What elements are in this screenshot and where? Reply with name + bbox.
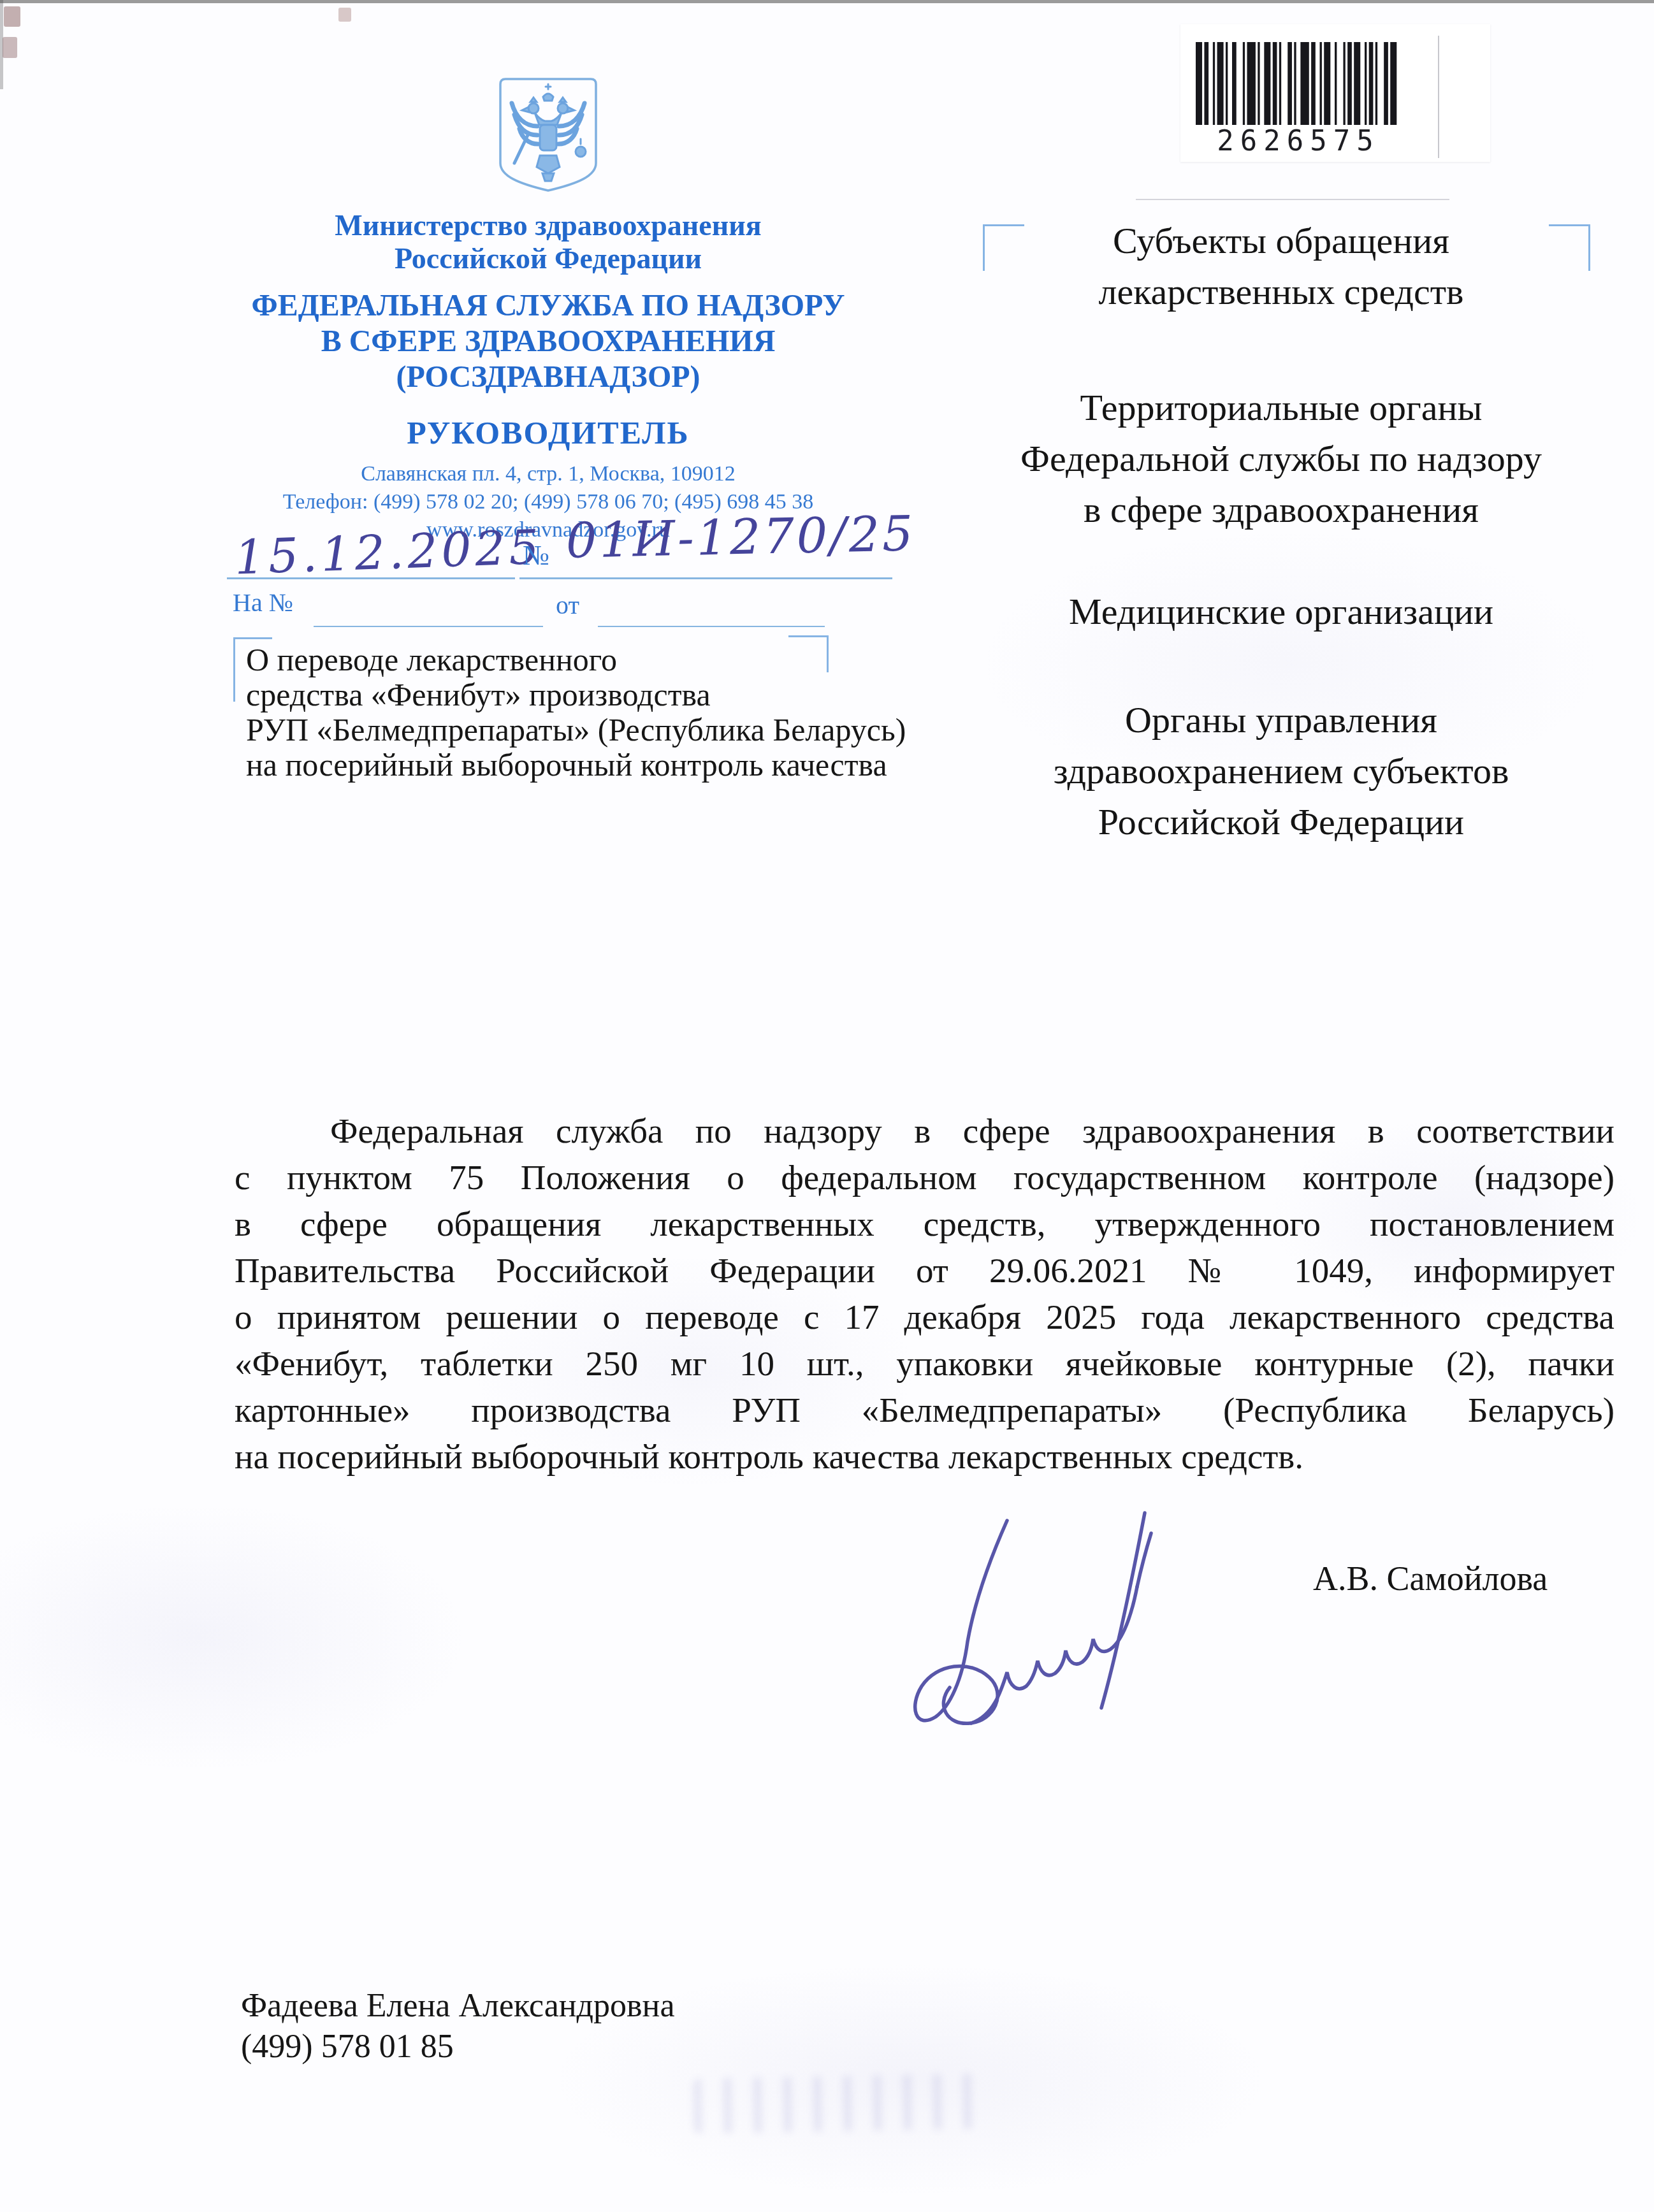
body-line: Федеральная служба по надзору в сфере зд…	[235, 1108, 1614, 1154]
recipient-line: Медицинские организации	[975, 586, 1587, 637]
subject-line: О переводе лекарственного	[246, 642, 906, 677]
signer-position: РУКОВОДИТЕЛЬ	[210, 414, 886, 451]
number-ruled-line	[519, 577, 892, 579]
scan-smudge	[4, 6, 20, 27]
recipient-group: Органы управления здравоохранением субъе…	[975, 695, 1587, 848]
reference-number-label: На №	[233, 588, 293, 618]
recipient-group: Медицинские организации	[975, 586, 1587, 637]
bleed-through-ghost-digits	[693, 2074, 978, 2134]
subject-block: О переводе лекарственного средства «Фени…	[246, 642, 906, 783]
body-line: на посерийный выборочный контроль качест…	[235, 1433, 1614, 1480]
body-line: с пунктом 75 Положения о федеральном гос…	[235, 1154, 1614, 1201]
reference-number-blank	[314, 626, 543, 627]
handwritten-outgoing-number: 01И-1270/25	[565, 505, 916, 568]
recipient-line: Федеральной службы по надзору	[975, 433, 1587, 484]
recipient-line: Территориальные органы	[975, 382, 1587, 433]
reference-date-blank	[598, 626, 825, 627]
body-line: Правительства Российской Федерации от 29…	[235, 1247, 1614, 1294]
label-bottom-edge	[1136, 199, 1449, 200]
executor-phone: (499) 578 01 85	[241, 2027, 675, 2067]
date-ruled-line	[227, 577, 515, 579]
barcode-number: 2626575	[1196, 125, 1401, 157]
subject-line: РУП «Белмедпрепараты» (Республика Белару…	[246, 712, 906, 748]
subject-line: на посерийный выборочный контроль качест…	[246, 748, 906, 783]
recipient-line: Российской Федерации	[975, 797, 1587, 848]
ministry-name-line1: Министерство здравоохранения	[210, 209, 886, 242]
document-page: Министерство здравоохранения Российской …	[0, 0, 1654, 2212]
letter-body: Федеральная служба по надзору в сфере зд…	[235, 1108, 1614, 1480]
body-line: в сфере обращения лекарственных средств,…	[235, 1201, 1614, 1247]
reference-from-label: от	[556, 590, 579, 620]
subject-line: средства «Фенибут» производства	[246, 677, 906, 712]
service-name-line2: В СФЕРЕ ЗДРАВООХРАНЕНИЯ	[210, 324, 886, 359]
signer-name: А.В. Самойлова	[1313, 1559, 1548, 1598]
body-line: картонные» производства РУП «Белмедпрепа…	[235, 1387, 1614, 1433]
body-line: «Фенибут, таблетки 250 мг 10 шт., упаков…	[235, 1340, 1614, 1387]
recipient-line: лекарственных средств	[975, 266, 1587, 317]
postal-address: Славянская пл. 4, стр. 1, Москва, 109012	[210, 460, 886, 488]
letterhead: Министерство здравоохранения Российской …	[210, 0, 886, 544]
scan-smudge	[3, 37, 17, 58]
executor-contact: Фадеева Елена Александровна (499) 578 01…	[241, 1986, 675, 2067]
ministry-name-line2: Российской Федерации	[210, 242, 886, 275]
handwritten-signature	[910, 1496, 1154, 1764]
service-name-line1: ФЕДЕРАЛЬНАЯ СЛУЖБА ПО НАДЗОРУ	[210, 288, 886, 324]
label-fold-line	[1438, 36, 1439, 158]
body-line: о принятом решении о переводе с 17 декаб…	[235, 1294, 1614, 1340]
recipient-list: Субъекты обращения лекарственных средств…	[975, 215, 1587, 848]
recipient-line: Органы управления	[975, 695, 1587, 746]
executor-name: Фадеева Елена Александровна	[241, 1986, 675, 2027]
recipient-line: здравоохранением субъектов	[975, 746, 1587, 797]
coat-of-arms-icon	[495, 75, 601, 194]
recipient-group: Субъекты обращения лекарственных средств	[975, 215, 1587, 317]
registration-barcode-label: 2626575	[1180, 24, 1490, 162]
number-sign: №	[523, 539, 549, 572]
service-name-line3: (РОСЗДРАВНАДЗОР)	[210, 359, 886, 395]
recipient-group: Территориальные органы Федеральной служб…	[975, 382, 1587, 535]
recipient-line: Субъекты обращения	[975, 215, 1587, 266]
recipient-line: в сфере здравоохранения	[975, 484, 1587, 535]
barcode-icon	[1196, 42, 1401, 125]
handwritten-date: 15.12.2025	[234, 520, 544, 586]
